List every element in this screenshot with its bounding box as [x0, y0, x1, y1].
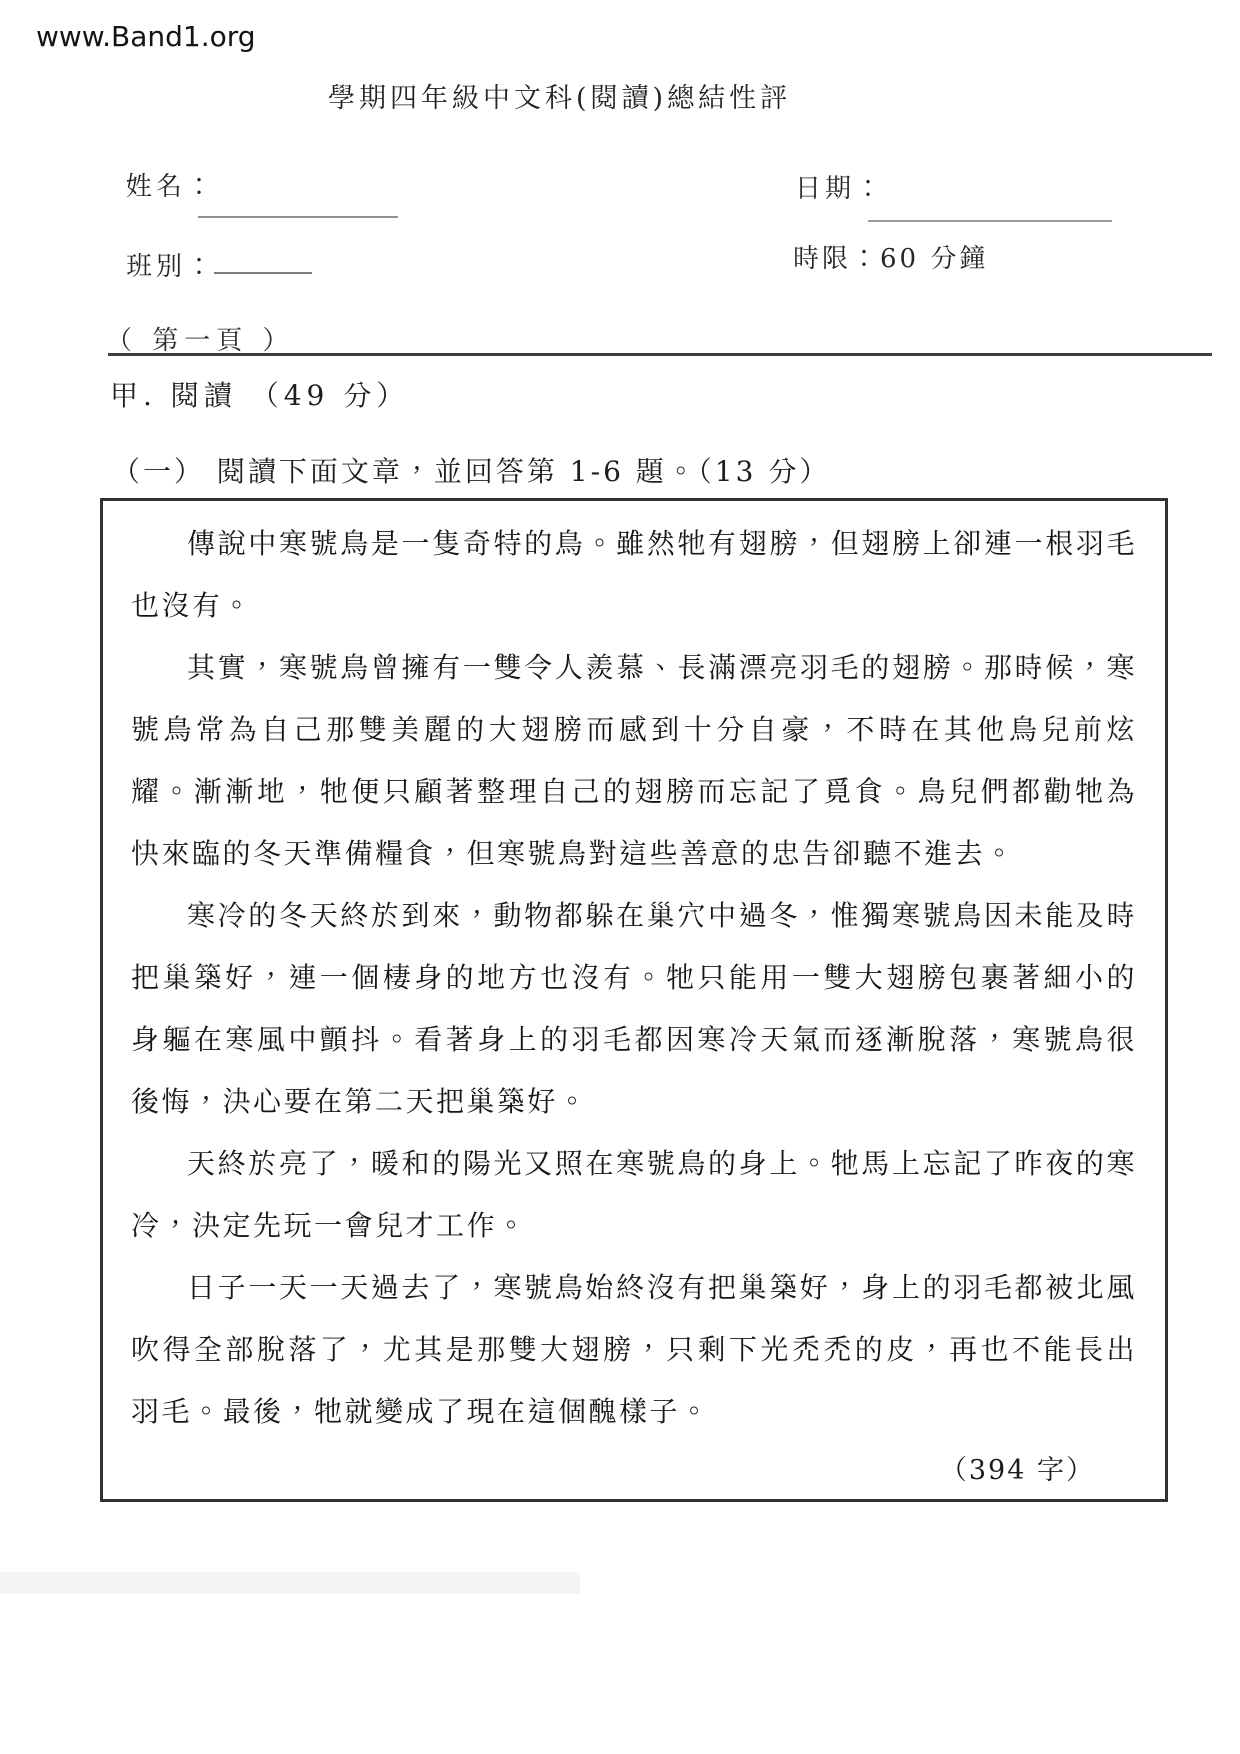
- word-count: （394 字）: [131, 1443, 1137, 1499]
- passage-paragraph: 寒冷的冬天終於到來，動物都躲在巢穴中過冬，惟獨寒號鳥因未能及時把巢築好，連一個棲…: [131, 885, 1137, 1133]
- name-label: 姓名：: [126, 166, 216, 203]
- class-label: 班別：: [126, 246, 216, 283]
- page-number-marker: （ 第一頁 ）: [106, 320, 295, 357]
- section-a-heading: 甲. 閱讀 （49 分）: [110, 374, 409, 414]
- name-blank-line: [198, 216, 398, 218]
- date-label: 日期：: [795, 168, 885, 205]
- passage-box: 傳說中寒號鳥是一隻奇特的鳥。雖然牠有翅膀，但翅膀上卻連一根羽毛也沒有。 其實，寒…: [100, 498, 1168, 1502]
- passage-instruction: （一） 閱讀下面文章，並回答第 1-6 題。（13 分）: [112, 450, 830, 490]
- passage-paragraph: 傳說中寒號鳥是一隻奇特的鳥。雖然牠有翅膀，但翅膀上卻連一根羽毛也沒有。: [131, 513, 1137, 637]
- duration-value: 60 分鐘: [880, 244, 988, 274]
- site-watermark: www.Band1.org: [36, 20, 256, 53]
- passage-paragraph: 天終於亮了，暖和的陽光又照在寒號鳥的身上。牠馬上忘記了昨夜的寒冷，決定先玩一會兒…: [131, 1133, 1137, 1257]
- duration-row: 時限：60 分鐘: [793, 238, 988, 275]
- passage-paragraph: 其實，寒號鳥曾擁有一雙令人羨慕、長滿漂亮羽毛的翅膀。那時候，寒號鳥常為自己那雙美…: [131, 637, 1137, 885]
- class-blank-line: [214, 272, 312, 274]
- header-divider-line: [108, 353, 1212, 356]
- date-blank-line: [868, 220, 1112, 222]
- passage-paragraph: 日子一天一天過去了，寒號鳥始終沒有把巢築好，身上的羽毛都被北風吹得全部脫落了，尤…: [131, 1257, 1137, 1443]
- duration-label: 時限：: [793, 244, 880, 274]
- scan-artifact-band: [0, 1572, 580, 1594]
- page-title: 學期四年級中文科(閱讀)總結性評: [328, 76, 791, 115]
